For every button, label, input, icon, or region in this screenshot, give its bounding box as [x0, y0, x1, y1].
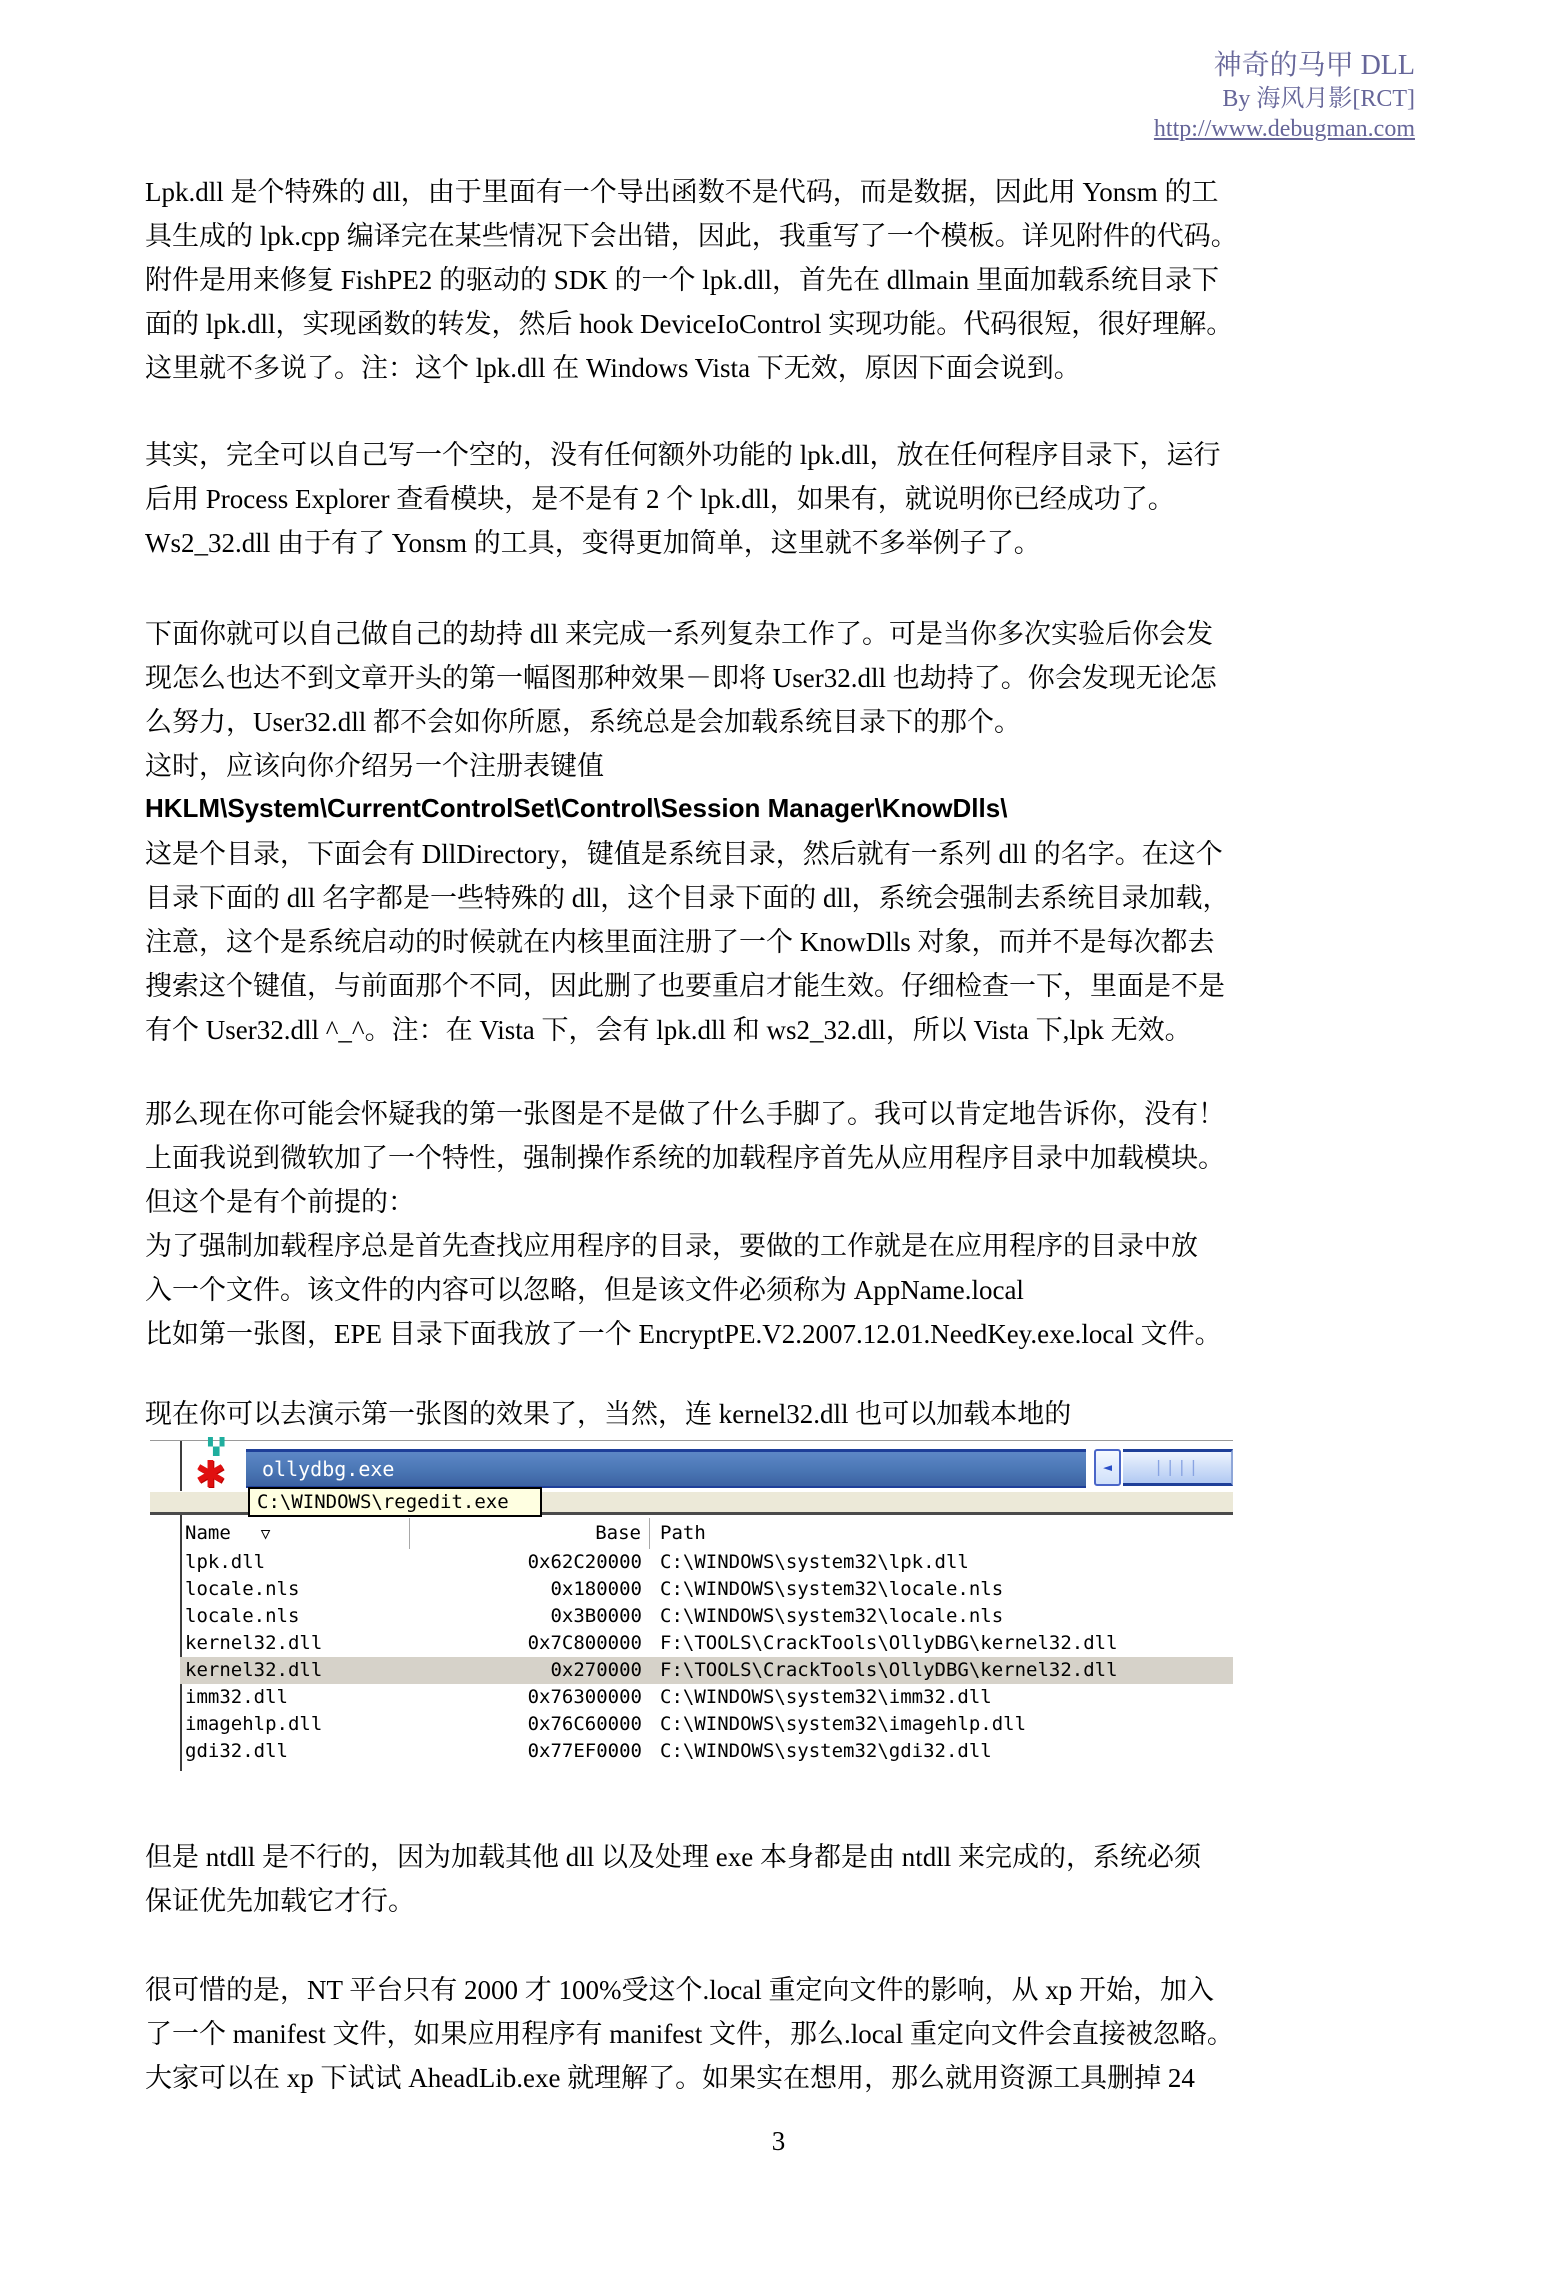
sort-descending-icon: ▽	[261, 1524, 271, 1543]
text-line: 这时，应该向你介绍另一个注册表键值	[145, 744, 1217, 788]
module-row[interactable]: locale.nls0x3B0000C:\WINDOWS\system32\lo…	[182, 1603, 1233, 1630]
module-base: 0x7C800000	[410, 1630, 650, 1657]
module-name: locale.nls	[182, 1576, 410, 1603]
window-titlebar[interactable]: ollydbg.exe	[246, 1449, 1086, 1488]
registry-key-line: HKLM\System\CurrentControlSet\Control\Se…	[145, 788, 1007, 828]
text-line: 比如第一张图，EPE 目录下面我放了一个 EncryptPE.V2.2007.1…	[145, 1312, 1225, 1356]
paragraph-8: 很可惜的是，NT 平台只有 2000 才 100%受这个.local 重定向文件…	[145, 1968, 1234, 2100]
module-base: 0x76C60000	[410, 1711, 650, 1738]
module-path: F:\TOOLS\CrackTools\OllyDBG\kernel32.dll	[650, 1630, 1233, 1657]
module-base: 0x76300000	[410, 1684, 650, 1711]
module-table-header: Name▽ Base Path	[182, 1518, 1233, 1548]
paragraph-7: 但是 ntdll 是不行的，因为加载其他 dll 以及处理 exe 本身都是由 …	[145, 1835, 1201, 1923]
doc-url-link[interactable]: http://www.debugman.com	[1154, 114, 1415, 144]
module-base: 0x62C20000	[410, 1549, 650, 1576]
scroll-left-icon[interactable]: ◄	[1094, 1449, 1121, 1486]
text-line: 目录下面的 dll 名字都是一些特殊的 dll，这个目录下面的 dll，系统会强…	[145, 876, 1230, 920]
column-header-base[interactable]: Base	[410, 1518, 650, 1549]
module-name: lpk.dll	[182, 1549, 410, 1576]
module-name: gdi32.dll	[182, 1738, 410, 1765]
module-name: kernel32.dll	[182, 1657, 410, 1684]
module-base: 0x180000	[410, 1576, 650, 1603]
paragraph-2: 其实，完全可以自己写一个空的，没有任何额外功能的 lpk.dll，放在任何程序目…	[145, 433, 1221, 565]
text-line: 有个 User32.dll ^_^。注：在 Vista 下，会有 lpk.dll…	[145, 1008, 1230, 1052]
module-base: 0x3B0000	[410, 1603, 650, 1630]
text-line: 但这个是有个前提的：	[145, 1180, 1225, 1224]
text-line: 下面你就可以自己做自己的劫持 dll 来完成一系列复杂工作了。可是当你多次实验后…	[145, 612, 1217, 656]
column-header-path[interactable]: Path	[650, 1518, 1233, 1549]
column-header-name[interactable]: Name▽	[182, 1518, 410, 1549]
text-line: 这里就不多说了。注：这个 lpk.dll 在 Windows Vista 下无效…	[145, 346, 1238, 390]
text-line: 这是个目录，下面会有 DllDirectory，键值是系统目录，然后就有一系列 …	[145, 832, 1230, 876]
module-row[interactable]: lpk.dll0x62C20000C:\WINDOWS\system32\lpk…	[182, 1549, 1233, 1576]
text-line: 具生成的 lpk.cpp 编译完在某些情况下会出错，因此，我重写了一个模板。详见…	[145, 214, 1238, 258]
module-name: imagehlp.dll	[182, 1711, 410, 1738]
module-path: C:\WINDOWS\system32\lpk.dll	[650, 1549, 1233, 1576]
text-line: 么努力，User32.dll 都不会如你所愿，系统总是会加载系统目录下的那个。	[145, 700, 1217, 744]
doc-byline: By 海风月影[RCT]	[1154, 84, 1415, 114]
module-name: imm32.dll	[182, 1684, 410, 1711]
module-table-body: lpk.dll0x62C20000C:\WINDOWS\system32\lpk…	[182, 1549, 1233, 1765]
text-line: Ws2_32.dll 由于有了 Yonsm 的工具，变得更加简单，这里就不多举例…	[145, 521, 1221, 565]
ollydbg-icon: ▚▞ ✱	[196, 1441, 252, 1501]
text-line: 大家可以在 xp 下试试 AheadLib.exe 就理解了。如果实在想用，那么…	[145, 2056, 1234, 2100]
text-line: 那么现在你可能会怀疑我的第一张图是不是做了什么手脚了。我可以肯定地告诉你，没有！	[145, 1092, 1225, 1136]
module-path: F:\TOOLS\CrackTools\OllyDBG\kernel32.dll	[650, 1657, 1233, 1684]
text-line: 上面我说到微软加了一个特性，强制操作系统的加载程序首先从应用程序目录中加载模块。	[145, 1136, 1225, 1180]
text-line: Lpk.dll 是个特殊的 dll，由于里面有一个导出函数不是代码，而是数据，因…	[145, 170, 1238, 214]
text-line: 面的 lpk.dll，实现函数的转发，然后 hook DeviceIoContr…	[145, 302, 1238, 346]
text-line: 其实，完全可以自己写一个空的，没有任何额外功能的 lpk.dll，放在任何程序目…	[145, 433, 1221, 477]
horizontal-scrollbar[interactable]: ||||	[1123, 1449, 1233, 1486]
text-line: 附件是用来修复 FishPE2 的驱动的 SDK 的一个 lpk.dll，首先在…	[145, 258, 1238, 302]
module-path: C:\WINDOWS\system32\locale.nls	[650, 1576, 1233, 1603]
document-page: 神奇的马甲 DLL By 海风月影[RCT] http://www.debugm…	[0, 0, 1557, 2272]
paragraph-4: 这是个目录，下面会有 DllDirectory，键值是系统目录，然后就有一系列 …	[145, 832, 1230, 1052]
doc-header: 神奇的马甲 DLL By 海风月影[RCT] http://www.debugm…	[1154, 48, 1415, 144]
module-base: 0x270000	[410, 1657, 650, 1684]
module-name: locale.nls	[182, 1603, 410, 1630]
module-row[interactable]: locale.nls0x180000C:\WINDOWS\system32\lo…	[182, 1576, 1233, 1603]
text-line: 入一个文件。该文件的内容可以忽略，但是该文件必须称为 AppName.local	[145, 1268, 1225, 1312]
paragraph-5: 那么现在你可能会怀疑我的第一张图是不是做了什么手脚了。我可以肯定地告诉你，没有！…	[145, 1092, 1225, 1356]
text-line: 后用 Process Explorer 查看模块，是不是有 2 个 lpk.dl…	[145, 477, 1221, 521]
module-row-selected[interactable]: kernel32.dll0x270000F:\TOOLS\CrackTools\…	[180, 1657, 1233, 1684]
ollydbg-icon-splat: ✱	[196, 1443, 225, 1499]
module-name: kernel32.dll	[182, 1630, 410, 1657]
paragraph-3: 下面你就可以自己做自己的劫持 dll 来完成一系列复杂工作了。可是当你多次实验后…	[145, 612, 1217, 788]
text-line: 保证优先加载它才行。	[145, 1879, 1201, 1923]
text-line: 现怎么也达不到文章开头的第一幅图那种效果－即将 User32.dll 也劫持了。…	[145, 656, 1217, 700]
text-line: 注意，这个是系统启动的时候就在内核里面注册了一个 KnowDlls 对象，而并不…	[145, 920, 1230, 964]
module-row[interactable]: imm32.dll0x76300000C:\WINDOWS\system32\i…	[182, 1684, 1233, 1711]
text-line: 现在你可以去演示第一张图的效果了，当然，连 kernel32.dll 也可以加载…	[145, 1392, 1071, 1436]
module-path: C:\WINDOWS\system32\gdi32.dll	[650, 1738, 1233, 1765]
page-number: 3	[0, 2126, 1557, 2157]
path-tooltip: C:\WINDOWS\regedit.exe	[248, 1487, 542, 1517]
module-row[interactable]: kernel32.dll0x7C800000F:\TOOLS\CrackTool…	[182, 1630, 1233, 1657]
module-path: C:\WINDOWS\system32\locale.nls	[650, 1603, 1233, 1630]
ollydbg-screenshot: ▚▞ ✱ ollydbg.exe ◄ |||| C:\WINDOWS\reged…	[150, 1440, 1233, 1771]
text-line: 很可惜的是，NT 平台只有 2000 才 100%受这个.local 重定向文件…	[145, 1968, 1234, 2012]
module-row[interactable]: imagehlp.dll0x76C60000C:\WINDOWS\system3…	[182, 1711, 1233, 1738]
window-title: ollydbg.exe	[246, 1452, 1086, 1486]
module-path: C:\WINDOWS\system32\imm32.dll	[650, 1684, 1233, 1711]
module-table: Name▽ Base Path lpk.dll0x62C20000C:\WIND…	[182, 1518, 1233, 1771]
paragraph-6: 现在你可以去演示第一张图的效果了，当然，连 kernel32.dll 也可以加载…	[145, 1392, 1071, 1436]
module-row[interactable]: gdi32.dll0x77EF0000C:\WINDOWS\system32\g…	[182, 1738, 1233, 1765]
module-base: 0x77EF0000	[410, 1738, 650, 1765]
doc-title: 神奇的马甲 DLL	[1154, 48, 1415, 84]
text-line: 搜索这个键值，与前面那个不同，因此删了也要重启才能生效。仔细检查一下，里面是不是	[145, 964, 1230, 1008]
text-line: 了一个 manifest 文件，如果应用程序有 manifest 文件，那么.l…	[145, 2012, 1234, 2056]
module-path: C:\WINDOWS\system32\imagehlp.dll	[650, 1711, 1233, 1738]
text-line: 为了强制加载程序总是首先查找应用程序的目录，要做的工作就是在应用程序的目录中放	[145, 1224, 1225, 1268]
paragraph-1: Lpk.dll 是个特殊的 dll，由于里面有一个导出函数不是代码，而是数据，因…	[145, 170, 1238, 390]
text-line: 但是 ntdll 是不行的，因为加载其他 dll 以及处理 exe 本身都是由 …	[145, 1835, 1201, 1879]
